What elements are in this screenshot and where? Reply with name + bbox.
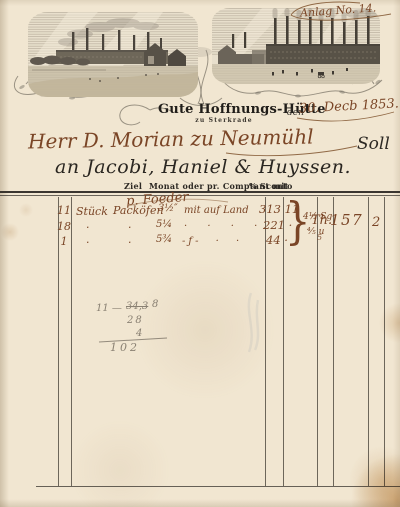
header-rule-thick <box>0 191 400 193</box>
row-1-desc-item: Packöfen <box>113 204 164 217</box>
terms-ziel: Ziel <box>124 181 142 191</box>
row-3-ditto: · <box>86 236 90 249</box>
company-location: zu Sterkrade <box>158 117 290 124</box>
row-2-quantity: 18 <box>54 220 74 233</box>
row-3-ditto-marks: -ƒ- · · <box>182 236 242 247</box>
header-rule-thin <box>0 195 400 196</box>
row-2-ditto: · <box>86 221 90 234</box>
row-2-ditto: · <box>128 221 132 234</box>
factory-vignette-right <box>212 8 380 84</box>
row-3-ditto: · <box>128 236 132 249</box>
column-rule <box>368 197 369 486</box>
invoice-document: Anlag No. 14. Gute Hoffnungs-Hütte zu St… <box>0 0 400 507</box>
row-1-desc-extra: mit auf Land <box>184 205 249 216</box>
pencil-result: 102 <box>110 341 140 354</box>
company-name: Gute Hoffnungs-Hütte <box>158 102 290 117</box>
pencil-line3: 4 <box>136 328 142 339</box>
row-1-quantity: 11 <box>54 204 74 217</box>
row-1-desc-unit: Stück <box>76 205 108 218</box>
pencil-line1-left: 11 — <box>96 303 122 314</box>
column-rule <box>384 197 385 486</box>
pencil-line1-struck: 34,3 <box>126 301 148 312</box>
row-3-quantity: 1 <box>54 235 74 248</box>
pencil-line2: 28 <box>127 315 144 326</box>
row-1-desc-size: 3½″ <box>158 203 178 214</box>
pencil-line1-right: 8 <box>152 299 158 310</box>
row-2-ditto-marks: · · · · <box>184 221 261 232</box>
seller-line: an Jacobi, Haniel & Huyssen. <box>55 156 347 178</box>
bottom-rule <box>36 486 400 487</box>
total-small-mark: 5 <box>317 233 322 242</box>
total-minor-value: 2 <box>372 215 380 230</box>
row-2-desc-size: 5¼ <box>156 219 172 230</box>
column-rule <box>333 197 334 486</box>
row-3-desc-size: 5¾ <box>156 234 172 245</box>
factory-vignette-left <box>28 12 198 97</box>
terms-sconto: % Sconto <box>249 181 293 191</box>
addressee-line: Herr D. Morian zu Neumühl <box>28 125 314 154</box>
total-value: 157 <box>330 211 363 229</box>
debit-label: Soll <box>357 134 390 154</box>
total-currency: Th. <box>311 213 332 228</box>
